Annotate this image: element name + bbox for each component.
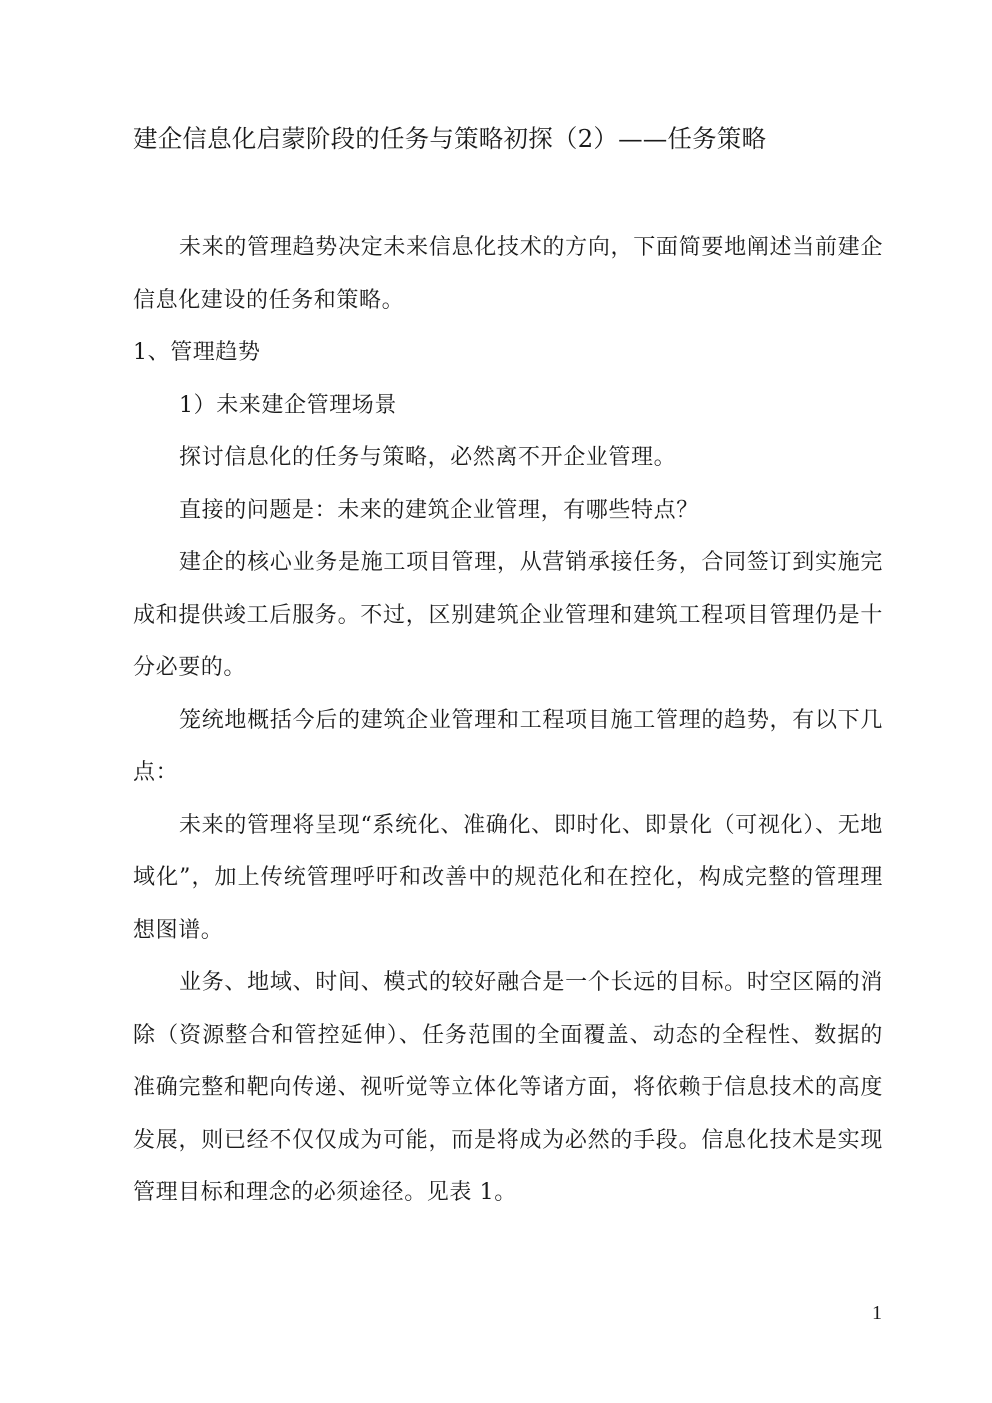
paragraph: 建企的核心业务是施工项目管理，从营销承接任务，合同签订到实施完成和提供竣工后服务… bbox=[133, 537, 883, 695]
paragraph: 业务、地域、时间、模式的较好融合是一个长远的目标。时空区隔的消除（资源整合和管控… bbox=[133, 957, 883, 1220]
section-heading: 1、管理趋势 bbox=[133, 327, 883, 380]
paragraph: 未来的管理将呈现“系统化、准确化、即时化、即景化（可视化）、无地域化”，加上传统… bbox=[133, 800, 883, 958]
document-body: 未来的管理趋势决定未来信息化技术的方向，下面简要地阐述当前建企信息化建设的任务和… bbox=[133, 222, 883, 1220]
page-number: 1 bbox=[872, 1302, 882, 1325]
intro-paragraph: 未来的管理趋势决定未来信息化技术的方向，下面简要地阐述当前建企信息化建设的任务和… bbox=[133, 222, 883, 327]
paragraph: 直接的问题是：未来的建筑企业管理，有哪些特点？ bbox=[133, 485, 883, 538]
subsection-heading: 1）未来建企管理场景 bbox=[133, 380, 883, 433]
page-title: 建企信息化启蒙阶段的任务与策略初探（2）——任务策略 bbox=[133, 122, 893, 156]
paragraph: 探讨信息化的任务与策略，必然离不开企业管理。 bbox=[133, 432, 883, 485]
paragraph: 笼统地概括今后的建筑企业管理和工程项目施工管理的趋势，有以下几点： bbox=[133, 695, 883, 800]
